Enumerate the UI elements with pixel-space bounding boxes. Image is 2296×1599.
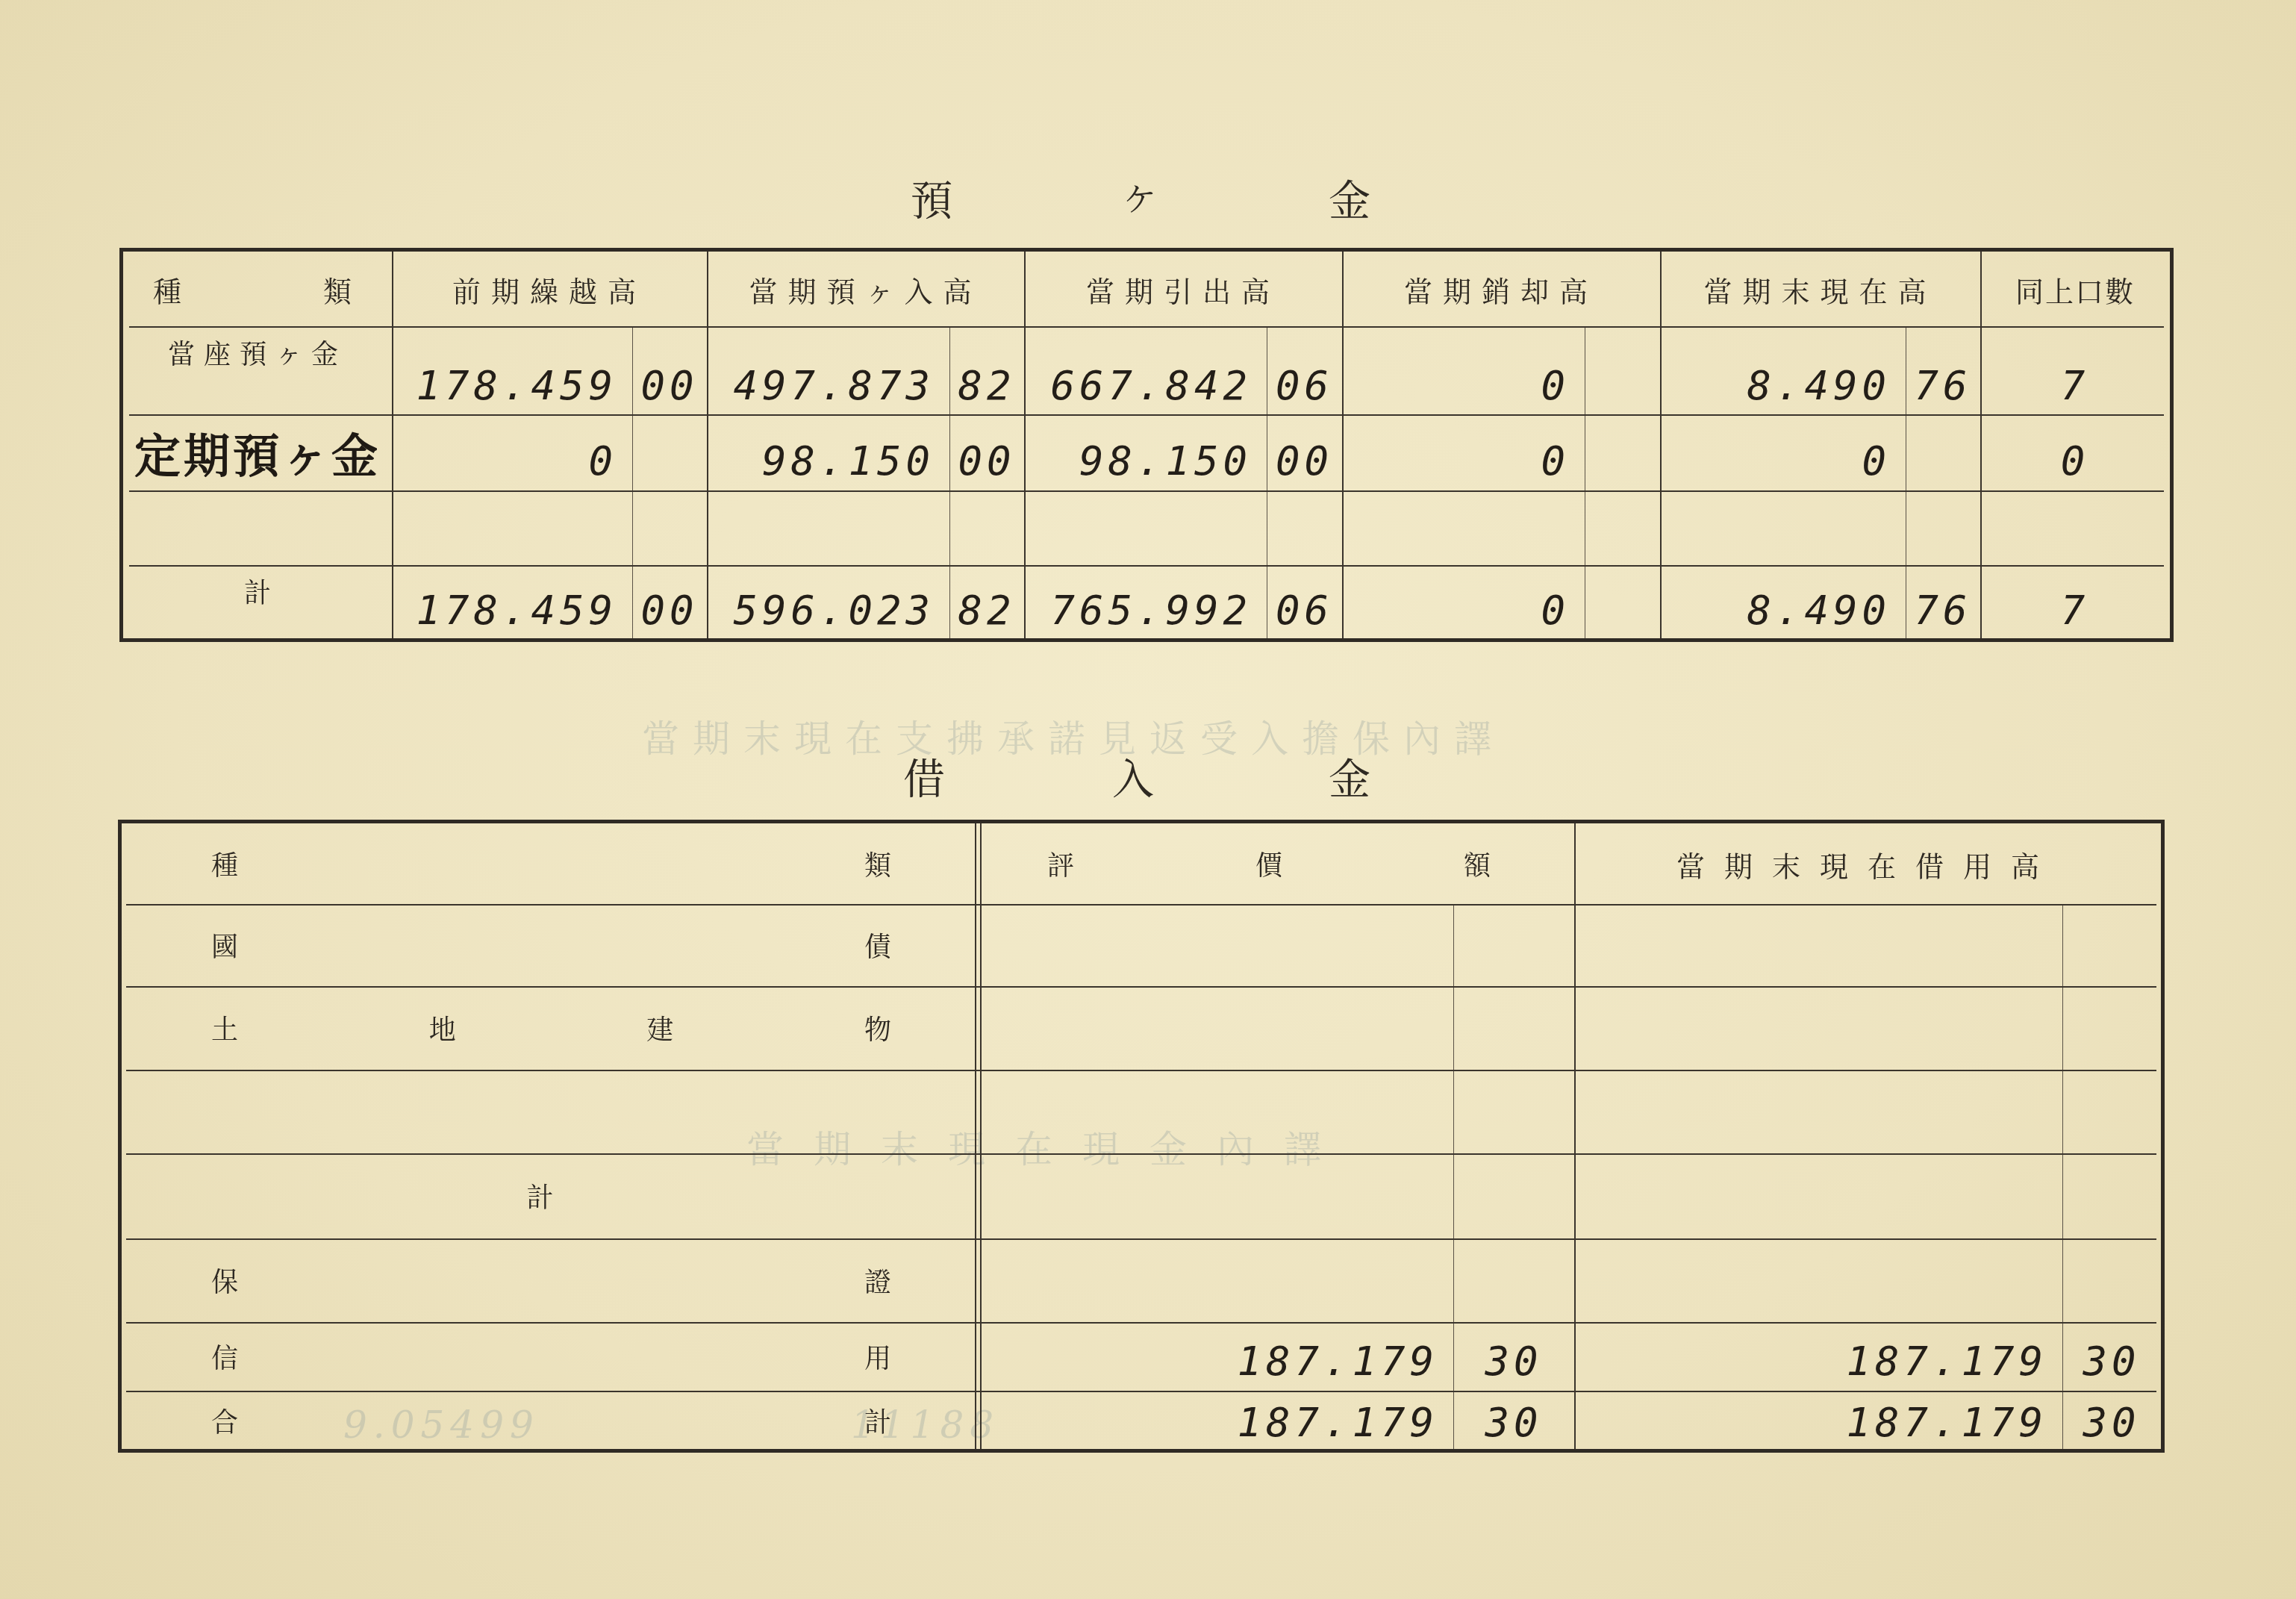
total-current-deposits: 596.023 xyxy=(707,580,949,640)
row-type-label: 當座預ヶ金 xyxy=(123,326,392,378)
current-writeoff-value: 0 xyxy=(1342,431,1585,490)
total-prev-carryover: 178.459 xyxy=(392,580,632,640)
total-borrowed-sen: 30 xyxy=(2062,1392,2161,1452)
total-current-withdrawals: 765.992 xyxy=(1024,580,1267,640)
total-account-count: 7 xyxy=(1980,580,2170,640)
prev-carryover-sen: 00 xyxy=(632,356,707,414)
header-current-end-balance: 當期末現在高 xyxy=(1660,252,1980,326)
row-type-label: 定期預ヶ金 xyxy=(123,414,392,490)
current-deposits-sen: 00 xyxy=(949,431,1024,490)
total-label: 計 xyxy=(123,573,392,610)
total-current-writeoff: 0 xyxy=(1342,580,1585,640)
valuation-sen: 30 xyxy=(1453,1331,1574,1391)
prev-carryover-value: 178.459 xyxy=(392,356,632,414)
total-current-end-balance: 8.490 xyxy=(1660,580,1906,640)
current-withdrawals-value: 98.150 xyxy=(1024,431,1267,490)
total-borrowed-value: 187.179 xyxy=(1574,1392,2062,1452)
total-current-end-balance-sen: 76 xyxy=(1906,580,1980,640)
borrowings-table: 種類 評價額 當期末現在借用高 國債 土 地 建 物 計 保證 信用 合計 18… xyxy=(118,820,2165,1453)
prev-carryover-value: 0 xyxy=(392,431,632,490)
current-deposits-value: 98.150 xyxy=(707,431,949,490)
row-label-land-buildings: 土 地 建 物 xyxy=(122,986,975,1070)
total-valuation-value: 187.179 xyxy=(980,1392,1453,1452)
current-withdrawals-value: 667.842 xyxy=(1024,356,1267,414)
bleedthrough-text: 當期末現在支拂承諾見返受入擔保內譯 xyxy=(642,709,1505,763)
current-withdrawals-sen: 00 xyxy=(1267,431,1342,490)
row-label-credit: 信用 xyxy=(122,1322,975,1391)
current-deposits-value: 497.873 xyxy=(707,356,949,414)
total-current-withdrawals-sen: 06 xyxy=(1267,580,1342,640)
total-current-deposits-sen: 82 xyxy=(949,580,1024,640)
row-label-guarantee: 保證 xyxy=(122,1238,975,1322)
current-withdrawals-sen: 06 xyxy=(1267,356,1342,414)
current-end-balance-sen: 76 xyxy=(1906,356,1980,414)
total-prev-carryover-sen: 00 xyxy=(632,580,707,640)
header-current-deposits: 當期預ヶ入高 xyxy=(707,252,1024,326)
current-deposits-sen: 82 xyxy=(949,356,1024,414)
row-label-government-bonds: 國債 xyxy=(122,904,975,986)
row-label-grand-total: 合計 xyxy=(122,1391,975,1450)
current-writeoff-value: 0 xyxy=(1342,356,1585,414)
header-type: 種類 xyxy=(123,252,392,326)
header-current-end-borrowed: 當期末現在借用高 xyxy=(1574,823,2161,904)
header-account-count: 同上口數 xyxy=(1980,252,2170,326)
account-count-value: 0 xyxy=(1980,431,2170,490)
borrowed-value: 187.179 xyxy=(1574,1331,2062,1391)
current-end-balance-value: 0 xyxy=(1660,431,1906,490)
header-valuation: 評價額 xyxy=(980,823,1574,904)
row-label-subtotal: 計 xyxy=(122,1153,975,1238)
current-end-balance-value: 8.490 xyxy=(1660,356,1906,414)
account-count-value: 7 xyxy=(1980,356,2170,414)
total-valuation-sen: 30 xyxy=(1453,1392,1574,1452)
header-current-writeoff: 當期銷却高 xyxy=(1342,252,1660,326)
header-type: 種類 xyxy=(122,823,975,904)
borrowed-sen: 30 xyxy=(2062,1331,2161,1391)
valuation-value: 187.179 xyxy=(980,1331,1453,1391)
deposits-table: 種類 前期繰越高 當期預ヶ入高 當期引出高 當期銷却高 當期末現在高 同上口數 … xyxy=(119,248,2174,642)
header-prev-carryover: 前期繰越高 xyxy=(392,252,707,326)
header-current-withdrawals: 當期引出高 xyxy=(1024,252,1342,326)
